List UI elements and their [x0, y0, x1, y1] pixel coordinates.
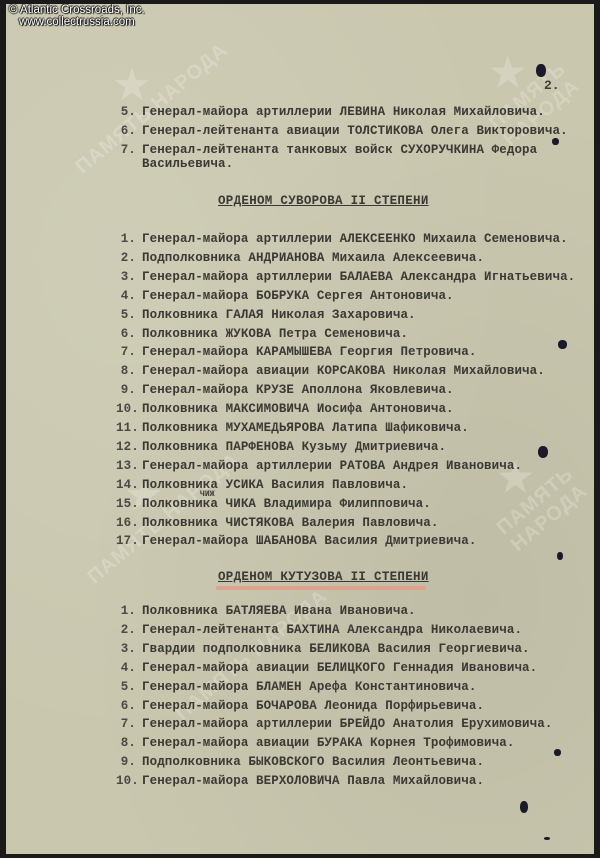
item-number: 15. — [116, 497, 136, 511]
red-pencil-underline — [216, 586, 426, 590]
ink-blot — [554, 749, 561, 756]
list-item: 8.Генерал-майора авиации БУРАКА Корнея Т… — [116, 736, 514, 750]
list-item: 2.Генерал-лейтенанта БАХТИНА Александра … — [116, 623, 522, 637]
item-number: 9. — [116, 383, 136, 397]
list-item: 3.Гвардии подполковника БЕЛИКОВА Василия… — [116, 642, 530, 656]
list-item: 4.Генерал-майора БОБРУКА Сергея Антонови… — [116, 289, 454, 303]
item-text: Генерал-лейтенанта танковых войск СУХОРУ… — [142, 143, 537, 157]
list-item: 7.Генерал-майора КАРАМЫШЕВА Георгия Петр… — [116, 345, 476, 359]
item-text: Генерал-майора артиллерии АЛЕКСЕЕНКО Мих… — [142, 232, 568, 246]
handwritten-annotation: ЧИЖ — [200, 490, 215, 499]
item-text: Полковника ЧИСТЯКОВА Валерия Павловича. — [142, 516, 438, 530]
list-item: 5.Генерал-майора артиллерии ЛЕВИНА Никол… — [116, 105, 545, 119]
list-item: 12.Полковника ПАРФЕНОВА Кузьму Дмитриеви… — [116, 440, 446, 454]
item-text: Генерал-майора БОБРУКА Сергея Антоновича… — [142, 289, 454, 303]
item-number: 4. — [116, 661, 136, 675]
page-number: 2. — [544, 78, 560, 93]
item-text: Генерал-лейтенанта авиации ТОЛСТИКОВА Ол… — [142, 124, 568, 138]
item-number: 3. — [116, 642, 136, 656]
list-item: 10.Полковника МАКСИМОВИЧА Иосифа Антонов… — [116, 402, 454, 416]
list-item: 9.Подполковника БЫКОВСКОГО Василия Леонт… — [116, 755, 484, 769]
item-text: Полковника УСИКА Василия Павловича. — [142, 478, 408, 492]
item-number: 4. — [116, 289, 136, 303]
list-item: 15.Полковника ЧИКА Владимира Филипповича… — [116, 497, 431, 511]
item-text: Подполковника АНДРИАНОВА Михаила Алексее… — [142, 251, 484, 265]
item-text: Генерал-майора КАРАМЫШЕВА Георгия Петров… — [142, 345, 476, 359]
item-text: Генерал-майора артиллерии БРЕЙДО Анатоли… — [142, 717, 552, 731]
list-item: 5.Полковника ГАЛАЯ Николая Захаровича. — [116, 308, 416, 322]
item-text: Полковника ПАРФЕНОВА Кузьму Дмитриевича. — [142, 440, 446, 454]
item-number: 8. — [116, 736, 136, 750]
copyright-line: © Atlantic Crossroads, Inc. — [9, 4, 145, 16]
ink-blot — [558, 340, 567, 349]
list-item: 4.Генерал-майора авиации БЕЛИЦКОГО Генна… — [116, 661, 537, 675]
item-number: 6. — [116, 327, 136, 341]
section-heading-kutuzov: ОРДЕНОМ КУТУЗОВА II СТЕПЕНИ — [218, 570, 429, 584]
list-item: 1.Генерал-майора артиллерии АЛЕКСЕЕНКО М… — [116, 232, 568, 246]
list-item: 13.Генерал-майора артиллерии РАТОВА Андр… — [116, 459, 522, 473]
list-item: 14.Полковника УСИКА Василия Павловича. — [116, 478, 408, 492]
item-text: Полковника МАКСИМОВИЧА Иосифа Антоновича… — [142, 402, 454, 416]
list-item: 6.Генерал-лейтенанта авиации ТОЛСТИКОВА … — [116, 124, 568, 138]
item-number: 14. — [116, 478, 136, 492]
item-text: Генерал-майора авиации БЕЛИЦКОГО Геннади… — [142, 661, 537, 675]
item-number: 10. — [116, 774, 136, 788]
watermark-text: ПАМЯТЬ НАРОДА — [493, 463, 592, 556]
item-text: Генерал-майора БОЧАРОВА Леонида Порфирье… — [142, 699, 484, 713]
item-number: 2. — [116, 251, 136, 265]
item-text: Подполковника БЫКОВСКОГО Василия Леонтье… — [142, 755, 484, 769]
item-text: Полковника ЖУКОВА Петра Семеновича. — [142, 327, 408, 341]
document-page: © Atlantic Crossroads, Inc. www.collectr… — [6, 4, 594, 854]
item-number: 10. — [116, 402, 136, 416]
item-text: Генерал-майора авиации БУРАКА Корнея Тро… — [142, 736, 514, 750]
item-number: 11. — [116, 421, 136, 435]
item-number: 7. — [116, 143, 136, 157]
item-text: Генерал-майора ВЕРХОЛОВИЧА Павла Михайло… — [142, 774, 484, 788]
list-item: 10.Генерал-майора ВЕРХОЛОВИЧА Павла Миха… — [116, 774, 484, 788]
list-item: 8.Генерал-майора авиации КОРСАКОВА Никол… — [116, 364, 545, 378]
list-item: 9.Генерал-майора КРУЗЕ Аполлона Яковлеви… — [116, 383, 454, 397]
ink-blot — [557, 552, 563, 560]
item-text: Генерал-майора ШАБАНОВА Василия Дмитриев… — [142, 534, 476, 548]
list-item: 16.Полковника ЧИСТЯКОВА Валерия Павлович… — [116, 516, 438, 530]
item-text: Полковника БАТЛЯЕВА Ивана Ивановича. — [142, 604, 416, 618]
item-number: 17. — [116, 534, 136, 548]
item-number: 5. — [116, 105, 136, 119]
copyright-url: www.collectrussia.com — [9, 16, 145, 28]
ink-blot — [544, 837, 550, 840]
section-heading-suvorov: ОРДЕНОМ СУВОРОВА II СТЕПЕНИ — [218, 194, 429, 208]
copyright-notice: © Atlantic Crossroads, Inc. www.collectr… — [9, 4, 145, 28]
list-item: 1.Полковника БАТЛЯЕВА Ивана Ивановича. — [116, 604, 416, 618]
item-number: 6. — [116, 699, 136, 713]
item-number: 2. — [116, 623, 136, 637]
list-item: 11.Полковника МУХАМЕДЬЯРОВА Латипа Шафик… — [116, 421, 469, 435]
item-text: Генерал-лейтенанта БАХТИНА Александра Ни… — [142, 623, 522, 637]
list-item: 2.Подполковника АНДРИАНОВА Михаила Алекс… — [116, 251, 484, 265]
list-item: 7.Генерал-лейтенанта танковых войск СУХО… — [116, 143, 537, 171]
item-number: 16. — [116, 516, 136, 530]
list-item: 7.Генерал-майора артиллерии БРЕЙДО Анато… — [116, 717, 552, 731]
item-text-continued: Васильевича. — [116, 157, 537, 171]
item-number: 12. — [116, 440, 136, 454]
item-text: Полковника ЧИКА Владимира Филипповича. — [142, 497, 431, 511]
item-number: 6. — [116, 124, 136, 138]
list-item: 6.Полковника ЖУКОВА Петра Семеновича. — [116, 327, 408, 341]
item-number: 5. — [116, 680, 136, 694]
item-number: 7. — [116, 345, 136, 359]
ink-blot — [536, 64, 546, 77]
item-number: 1. — [116, 232, 136, 246]
item-number: 13. — [116, 459, 136, 473]
list-item: 6.Генерал-майора БОЧАРОВА Леонида Порфир… — [116, 699, 484, 713]
list-item: 3.Генерал-майора артиллерии БАЛАЕВА Алек… — [116, 270, 575, 284]
item-text: Генерал-майора БЛАМЕН Арефа Константинов… — [142, 680, 476, 694]
item-text: Полковника МУХАМЕДЬЯРОВА Латипа Шафикови… — [142, 421, 469, 435]
item-number: 9. — [116, 755, 136, 769]
list-item: 17.Генерал-майора ШАБАНОВА Василия Дмитр… — [116, 534, 476, 548]
item-text: Полковника ГАЛАЯ Николая Захаровича. — [142, 308, 416, 322]
item-number: 8. — [116, 364, 136, 378]
item-text: Гвардии подполковника БЕЛИКОВА Василия Г… — [142, 642, 530, 656]
item-text: Генерал-майора артиллерии РАТОВА Андрея … — [142, 459, 522, 473]
ink-blot — [520, 801, 528, 813]
item-text: Генерал-майора артиллерии БАЛАЕВА Алекса… — [142, 270, 575, 284]
item-text: Генерал-майора артиллерии ЛЕВИНА Николая… — [142, 105, 545, 119]
ink-blot — [538, 446, 548, 458]
item-text: Генерал-майора КРУЗЕ Аполлона Яковлевича… — [142, 383, 454, 397]
item-number: 1. — [116, 604, 136, 618]
ink-blot — [552, 138, 559, 145]
item-number: 5. — [116, 308, 136, 322]
star-icon: ★ — [37, 67, 228, 105]
item-number: 7. — [116, 717, 136, 731]
item-number: 3. — [116, 270, 136, 284]
list-item: 5.Генерал-майора БЛАМЕН Арефа Константин… — [116, 680, 476, 694]
item-text: Генерал-майора авиации КОРСАКОВА Николая… — [142, 364, 545, 378]
